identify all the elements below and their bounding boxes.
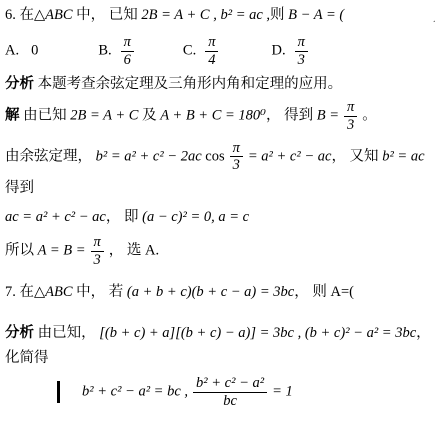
- text-segment: ， 又知: [331, 148, 382, 164]
- math-segment: A = B =: [38, 243, 86, 259]
- text-segment: B.: [98, 43, 111, 59]
- text-segment: 中， 若: [73, 284, 127, 300]
- document-page[interactable]: 6. 在△ABC 中， 已知 2B = A + C , b² = ac ,则 B…: [0, 0, 435, 410]
- text-segment: 中， 已知: [73, 7, 142, 23]
- spacer: [60, 395, 82, 396]
- spacer: [223, 54, 271, 55]
- solution-6-cosine-rule: 由余弦定理， b² = a² + c² − 2ac cosπ3= a² + c²…: [5, 140, 430, 174]
- math-segment: △ABC: [34, 284, 73, 300]
- spacer: [354, 295, 435, 296]
- bold-label: 分析: [5, 325, 34, 341]
- fraction: π4: [205, 34, 218, 68]
- analysis-7: 分析 由已知， [(b + c) + a][(b + c) − a)] = 3b…: [5, 323, 430, 344]
- spacer: [344, 18, 434, 19]
- fraction-numerator: π: [295, 34, 308, 52]
- solution-6-step1: 解 由已知 2B = A + C 及 A + B + C = 180⁰， 得到 …: [5, 99, 430, 133]
- math-segment: = 1: [272, 384, 293, 400]
- text-segment: ， 得到: [266, 108, 317, 124]
- spacer: [286, 54, 290, 55]
- fraction: π3: [230, 140, 243, 174]
- text-cursor-bar: [57, 381, 60, 403]
- fraction-numerator: π: [121, 34, 134, 52]
- text-segment: 则: [270, 7, 285, 23]
- text-segment: 及: [138, 108, 160, 124]
- math-segment: △ABC: [34, 7, 73, 23]
- fraction-denominator: 4: [205, 52, 218, 69]
- fraction-numerator: b² + c² − a²: [193, 375, 267, 393]
- fraction-numerator: π: [205, 34, 218, 52]
- fraction-numerator: π: [91, 234, 104, 252]
- fraction-numerator: π: [230, 140, 243, 158]
- math-segment: ac = a² + c² − ac: [5, 209, 106, 225]
- spacer: [5, 395, 57, 396]
- text-segment: 。: [362, 108, 377, 124]
- math-segment: b² = a² + c² − 2ac: [96, 148, 202, 164]
- spacer: [196, 54, 200, 55]
- fraction: π6: [121, 34, 134, 68]
- math-segment: B − A = (: [285, 7, 345, 23]
- spacer: [38, 54, 98, 55]
- text-segment: 由已知，: [34, 325, 99, 341]
- fraction-denominator: 3: [91, 252, 104, 269]
- spacer: [139, 54, 183, 55]
- math-segment: (a − c)² = 0, a = c: [142, 209, 249, 225]
- text-segment: 得到: [5, 180, 34, 196]
- fraction: π3: [91, 234, 104, 268]
- text-segment: ， 即: [106, 209, 142, 225]
- fraction-denominator: bc: [193, 393, 267, 410]
- math-segment: 2B = A + C: [70, 108, 138, 124]
- solution-6-dedao: 得到: [5, 178, 430, 199]
- math-segment: b² = ac: [382, 148, 424, 164]
- math-segment: A + B + C = 180⁰: [160, 108, 266, 124]
- question-6-stem: 6. 在△ABC 中， 已知 2B = A + C , b² = ac ,则 B…: [5, 5, 430, 26]
- fraction-denominator: 6: [121, 52, 134, 69]
- text-segment: cos: [202, 148, 225, 164]
- math-segment: = a² + c² − ac: [248, 148, 332, 164]
- fraction-denominator: 3: [344, 117, 357, 134]
- math-segment: (a + b + c)(b + c − a) = 3bc: [127, 284, 294, 300]
- text-segment: 6. 在: [5, 7, 34, 23]
- math-segment: b² + c² − a² = bc ,: [82, 384, 188, 400]
- fraction-numerator: π: [344, 99, 357, 117]
- fraction: π3: [344, 99, 357, 133]
- text-segment: 0: [31, 43, 38, 59]
- solution-6-step2: ac = a² + c² − ac， 即 (a − c)² = 0, a = c: [5, 207, 430, 228]
- spacer: [19, 54, 31, 55]
- text-segment: 所以: [5, 243, 38, 259]
- text-segment: 由已知: [20, 108, 71, 124]
- text-segment: D.: [271, 43, 285, 59]
- bold-label: 解: [5, 108, 20, 124]
- math-segment: [(b + c) + a][(b + c) − a)] = 3bc , (b +…: [99, 325, 416, 341]
- fraction: π3: [295, 34, 308, 68]
- bold-label: 分析: [5, 76, 34, 92]
- text-segment: 7. 在: [5, 284, 34, 300]
- question-6-options: A.0B.π6C.π4D.π3: [5, 34, 430, 68]
- fraction: b² + c² − a²bc: [193, 375, 267, 409]
- final-formula: b² + c² − a² = bc ,b² + c² − a²bc= 1: [5, 375, 430, 409]
- question-7-stem: 7. 在△ABC 中， 若 (a + b + c)(b + c − a) = 3…: [5, 282, 430, 303]
- text-segment: 化简得: [5, 350, 49, 366]
- fraction-denominator: 3: [295, 52, 308, 69]
- text-segment: 本题考查余弦定理及三角形内角和定理的应用。: [34, 76, 342, 92]
- math-segment: 2B = A + C , b² = ac ,: [141, 7, 270, 23]
- math-segment: B =: [317, 108, 339, 124]
- text-segment: ， 选 A.: [109, 243, 159, 259]
- analysis-6: 分析 本题考查余弦定理及三角形内角和定理的应用。: [5, 74, 430, 95]
- text-segment: ，: [416, 325, 431, 341]
- text-segment: 由余弦定理，: [5, 148, 96, 164]
- analysis-7-simplify: 化简得: [5, 348, 430, 369]
- text-segment: C.: [183, 43, 196, 59]
- solution-6-conclusion: 所以 A = B =π3， 选 A.: [5, 234, 430, 268]
- spacer: [112, 54, 116, 55]
- text-segment: A.: [5, 43, 19, 59]
- text-segment: ， 则 A=(: [294, 284, 354, 300]
- fraction-denominator: 3: [230, 157, 243, 174]
